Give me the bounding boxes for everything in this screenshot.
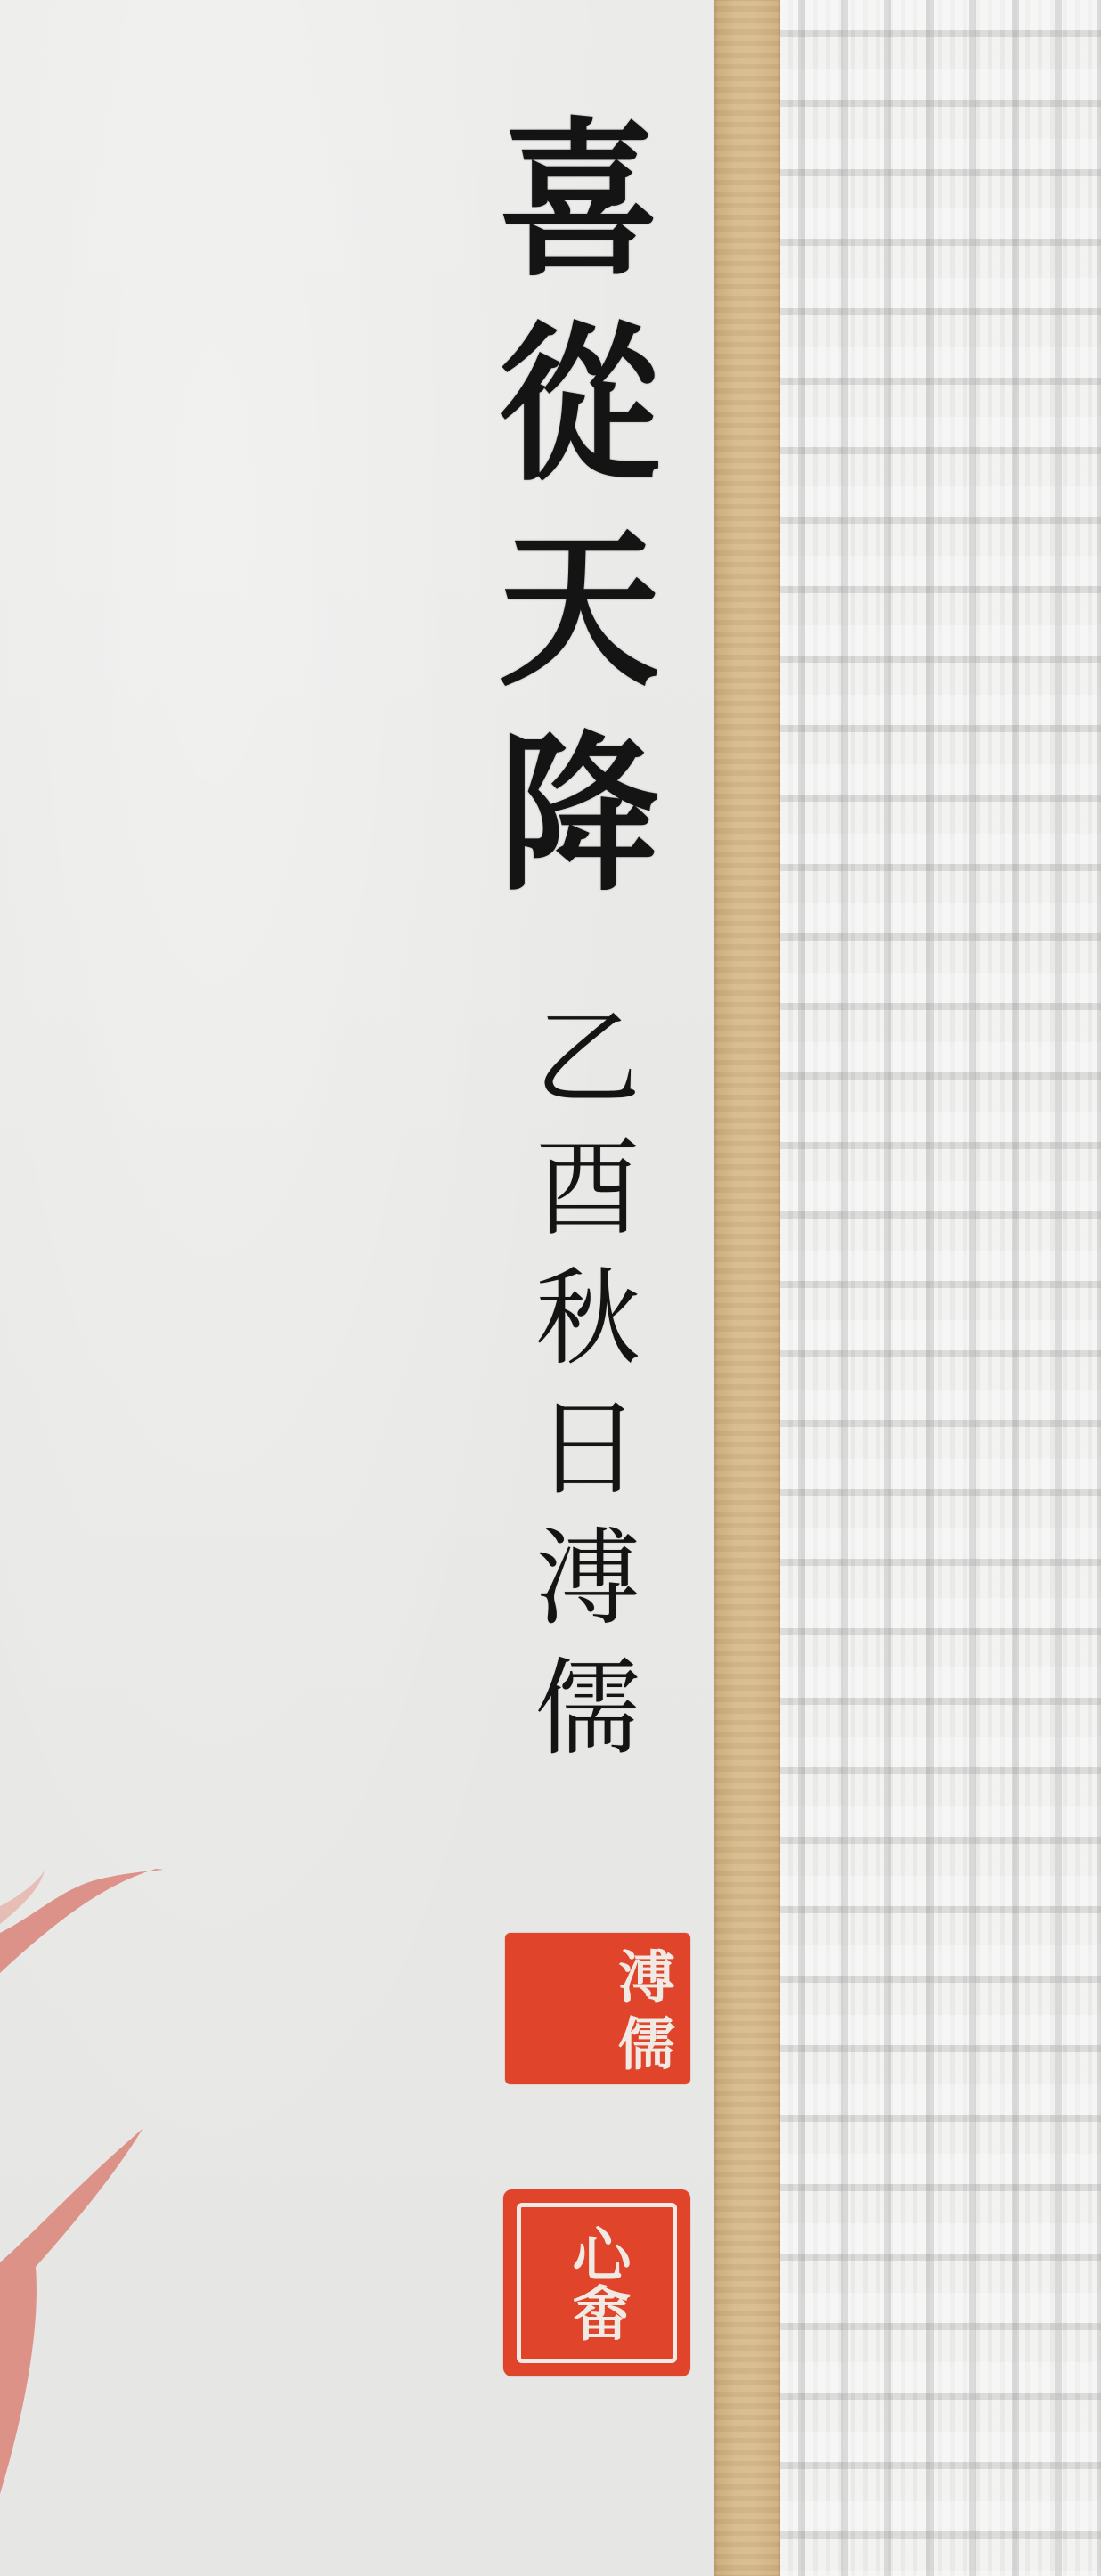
seal-char: 畬	[561, 2283, 632, 2342]
seal-char: 儒	[598, 2009, 673, 2075]
inscription-char: 降	[499, 713, 660, 917]
inscription-char: 天	[499, 508, 660, 713]
lower-seal: 心 畬	[503, 2189, 690, 2376]
signature-char: 儒	[535, 1643, 640, 1773]
inscription-char: 喜	[499, 98, 660, 303]
inscription-char: 從	[499, 303, 660, 508]
signature-char: 日	[535, 1383, 640, 1513]
upper-seal-text: 溥 儒	[522, 1942, 673, 2075]
main-inscription: 喜 從 天 降	[445, 98, 713, 917]
mounting-border-strip	[714, 0, 780, 2576]
lower-seal-frame: 心 畬	[517, 2203, 677, 2363]
signature-char: 秋	[535, 1253, 640, 1383]
seal-char: 心	[561, 2224, 632, 2283]
signature-char: 溥	[535, 1513, 640, 1643]
seal-char: 溥	[598, 1942, 673, 2009]
signature-char: 乙	[535, 993, 640, 1123]
signature-inscription: 乙 酉 秋 日 溥 儒	[499, 993, 677, 1773]
upper-seal: 溥 儒	[505, 1933, 690, 2084]
fabric-mount	[780, 0, 1101, 2576]
signature-char: 酉	[535, 1123, 640, 1253]
